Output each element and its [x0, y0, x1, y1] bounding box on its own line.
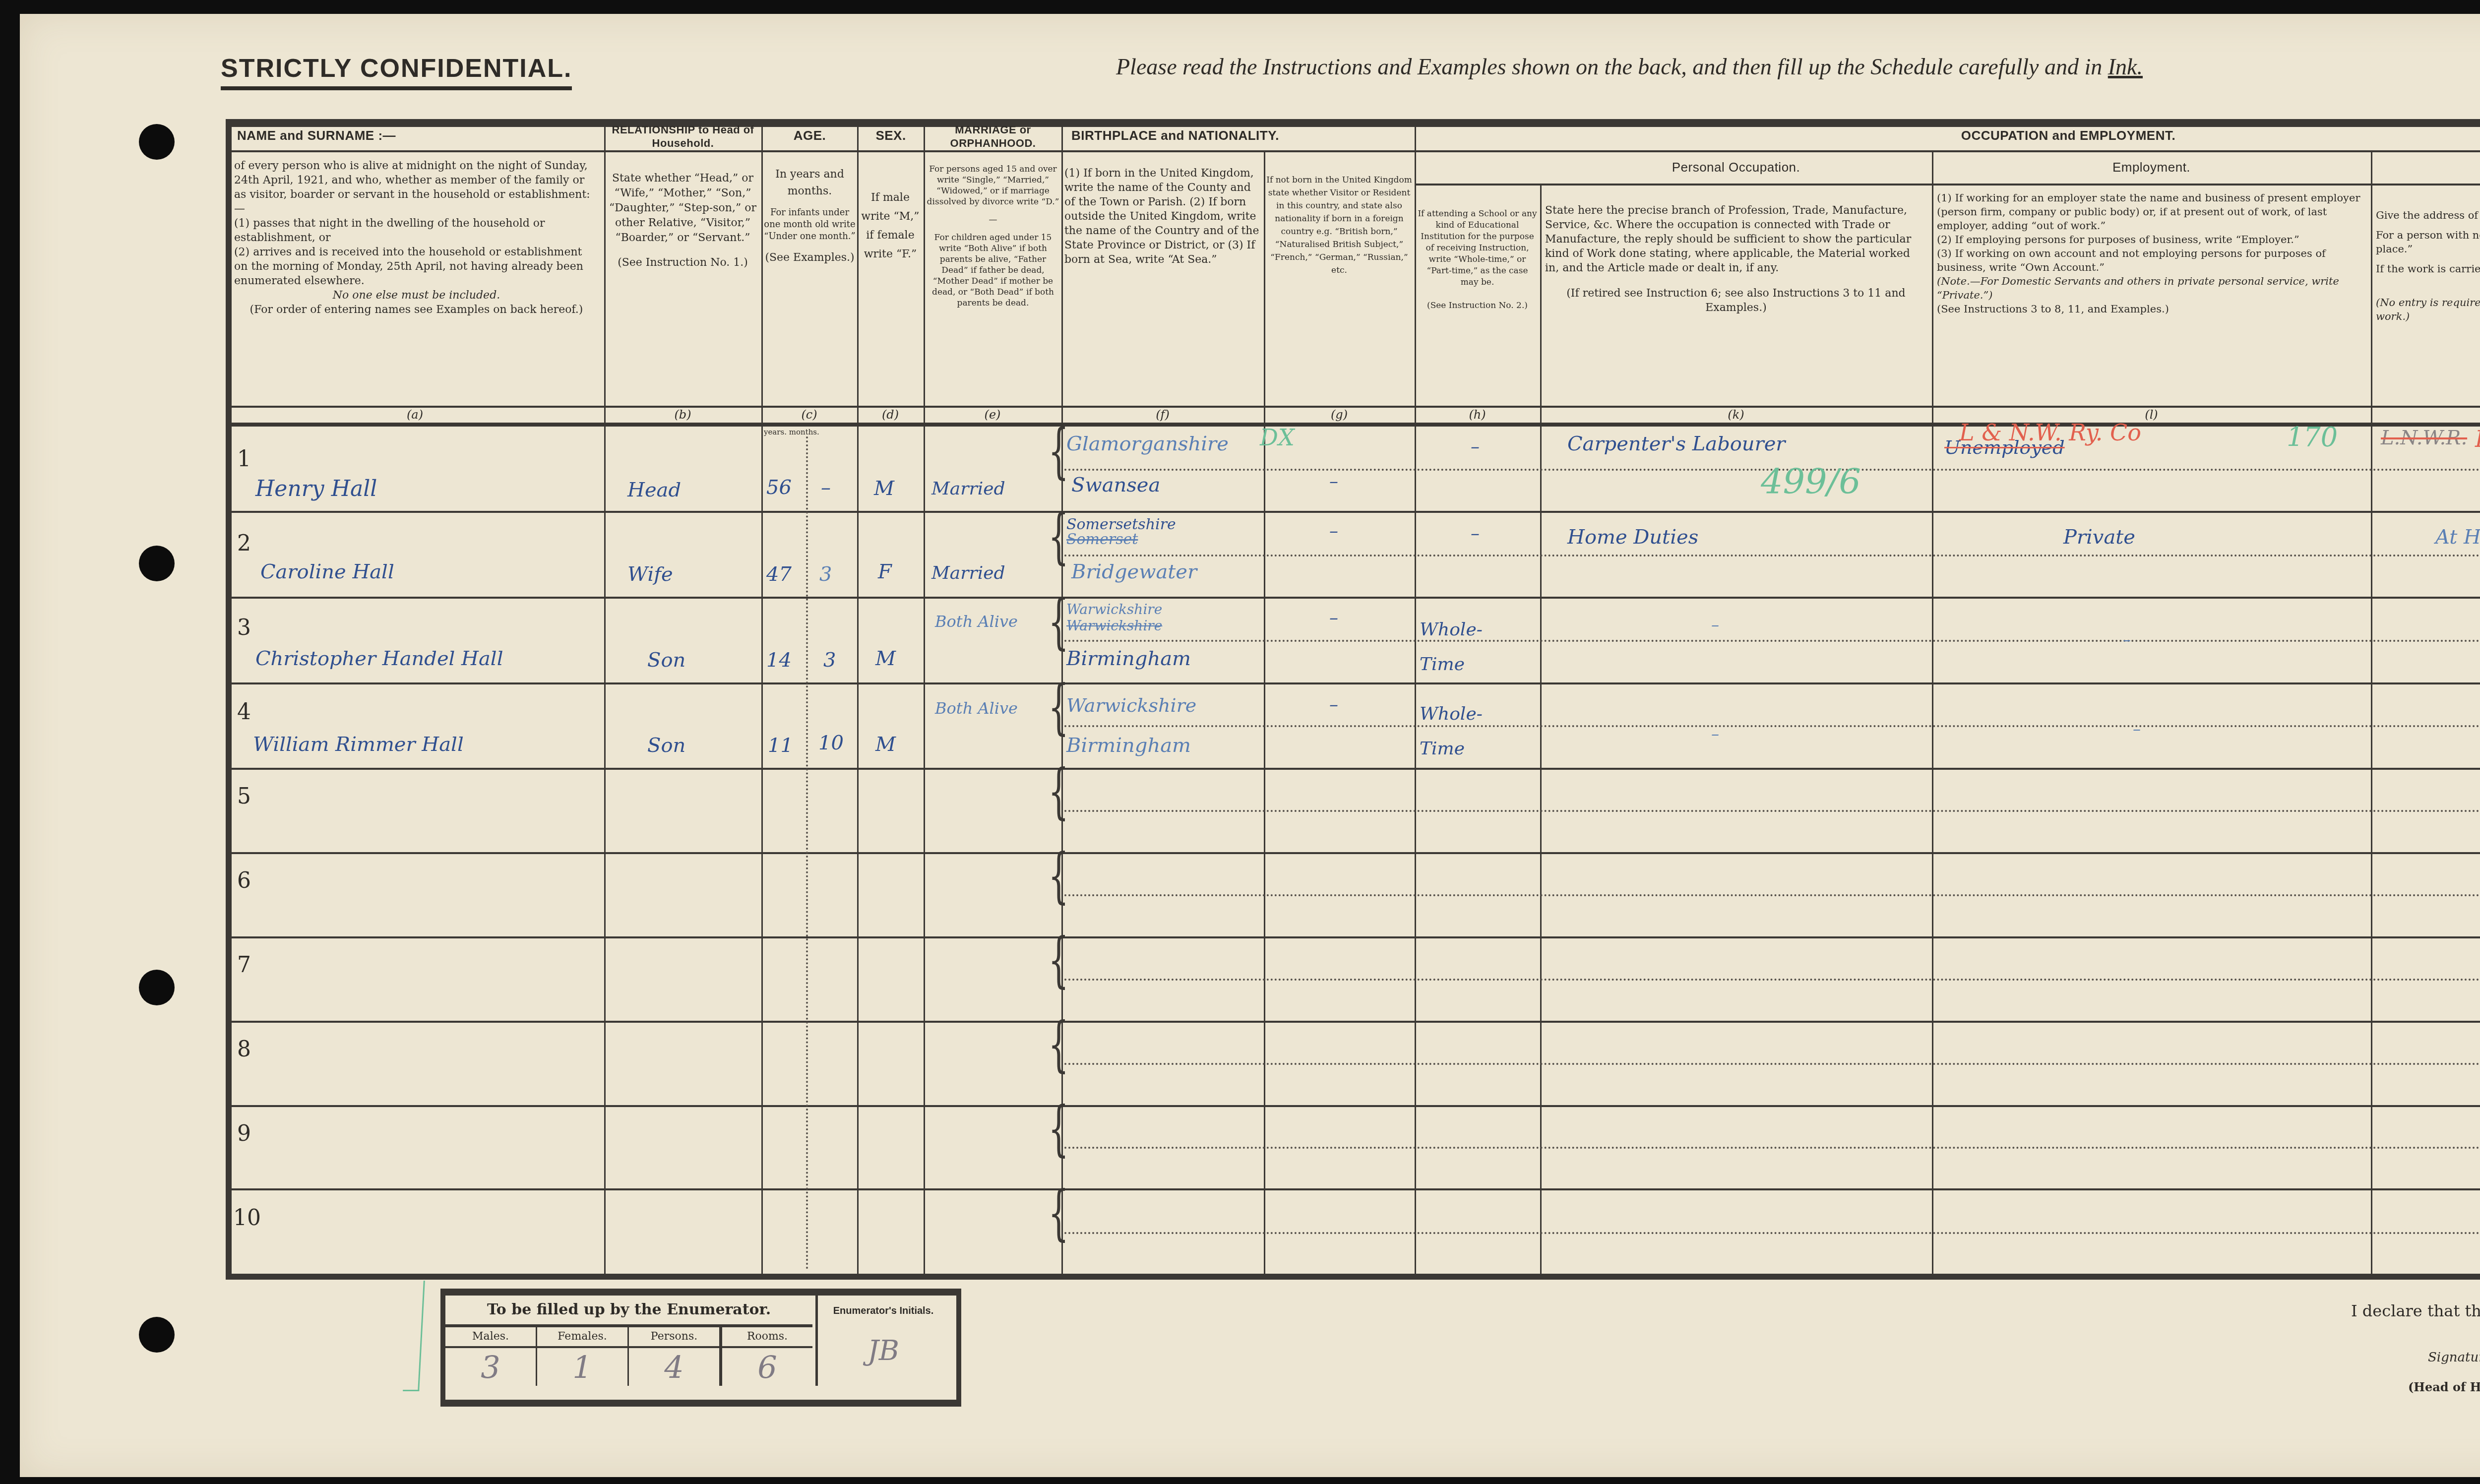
row3-nationality: –	[1329, 608, 1338, 628]
row2-workplace: At Home	[2435, 526, 2480, 549]
row3-education: Whole-Time	[1420, 613, 1519, 682]
row3-occupation: –	[1711, 615, 1719, 634]
row4-employment: –	[2133, 719, 2141, 738]
col-b-see: (See Instruction No. 1.)	[607, 255, 758, 270]
row2-age-years: 47	[766, 563, 792, 586]
row-rule	[232, 682, 2480, 684]
row1-birth-county: Glamorganshire	[1066, 433, 1229, 455]
row4-birth-town: Birmingham	[1066, 734, 1191, 757]
row1-workplace: Bletchley.	[2475, 426, 2480, 452]
col-letter-e: (e)	[924, 408, 1061, 422]
col-m-title: Place of Work.	[2373, 160, 2480, 175]
brace-icon: {	[1048, 757, 1069, 826]
column-divider	[1540, 184, 1542, 1276]
row-number: 3	[237, 615, 251, 640]
row2-age-months: 3	[819, 563, 832, 586]
col-m-p3: If the work is carried on mainly at home…	[2376, 262, 2480, 276]
col-e-title: MARRIAGE or ORPHANHOOD.	[926, 123, 1060, 150]
half-row-rule	[1064, 640, 2480, 642]
row4-sex: M	[875, 733, 896, 756]
row2-nationality: –	[1329, 521, 1338, 541]
col-letter-g: (g)	[1264, 408, 1415, 422]
brace-icon: {	[1048, 502, 1069, 571]
row1-employment: L & N.W. Ry. Co	[1959, 419, 2141, 446]
row4-nationality: –	[1329, 694, 1338, 715]
row-rule	[232, 936, 2480, 938]
col-a-instructions: of every person who is alive at midnight…	[234, 159, 599, 317]
row3-marriage: Both Alive	[935, 608, 1034, 635]
row1-nationality-annotation: DX	[1260, 424, 1295, 451]
rooms-label: Rooms.	[722, 1327, 812, 1348]
row-rule	[232, 597, 2480, 599]
half-row-rule	[1064, 1063, 2480, 1065]
col-d-body: If male write “M,” if female write “F.”	[859, 188, 922, 264]
half-row-rule	[1064, 810, 2480, 812]
instruction-line: Please read the Instructions and Example…	[1116, 54, 2143, 80]
row3-employment: –	[2123, 630, 2131, 649]
row3-sex: M	[875, 647, 896, 670]
col-l-note: (Note.—For Domestic Servants and others …	[1937, 274, 2366, 302]
age-subheader: years. months.	[764, 428, 819, 436]
column-divider	[924, 124, 925, 1276]
col-f-body: (1) If born in the United Kingdom, write…	[1064, 166, 1262, 267]
males-value: 3	[445, 1348, 536, 1387]
col-a-order: (For order of entering names see Example…	[234, 303, 599, 317]
punch-hole-icon	[139, 124, 175, 160]
col-letter-m: (m)	[2371, 408, 2480, 422]
col-m-p1: Give the address of each person's place …	[2376, 208, 2480, 222]
col-a-note: No one else must be included.	[234, 288, 599, 303]
persons-label: Persons.	[629, 1327, 719, 1348]
col-c-body: In years and months.	[764, 166, 856, 200]
row4-occupation: –	[1711, 724, 1719, 743]
row-number: 8	[237, 1037, 251, 1062]
row1-marriage: Married	[931, 479, 1005, 499]
col-h-instructions: If attending a School or any kind of Edu…	[1417, 208, 1538, 311]
row1-employment-code: 170	[2287, 422, 2338, 453]
punch-hole-icon	[139, 1317, 175, 1353]
row4-age-years: 11	[768, 734, 793, 757]
col-c-infants: For infants under one month old write “U…	[764, 207, 856, 243]
row-number: 1	[237, 446, 251, 472]
row-rule	[232, 1021, 2480, 1023]
row4-name: William Rimmer Hall	[253, 733, 464, 756]
brace-icon: {	[1048, 841, 1069, 910]
col-b-title: RELATIONSHIP to Head of Household.	[606, 123, 760, 150]
row4-education: Whole-Time	[1420, 697, 1519, 766]
rooms-value: 6	[722, 1348, 812, 1387]
enumerator-summary-box: To be filled up by the Enumerator. Males…	[440, 1289, 961, 1407]
col-k-body: State here the precise branch of Profess…	[1545, 203, 1927, 275]
col-a-body: of every person who is alive at midnight…	[234, 159, 599, 216]
summary-cells: Males. 3 Females. 1 Persons. 4 Rooms. 6	[445, 1327, 812, 1386]
row1-education: –	[1471, 436, 1480, 457]
row-number: 6	[237, 868, 251, 893]
col-b-instructions: State whether “Head,” or “Wife,” “Mother…	[607, 171, 758, 270]
row3-birth-county-struck: Warwickshire	[1066, 618, 1162, 634]
initials-label: Enumerator's Initials.	[818, 1305, 949, 1317]
birthplace-group-title: BIRTHPLACE and NATIONALITY.	[1071, 128, 1409, 143]
brace-icon: {	[1048, 673, 1069, 742]
half-row-rule	[1064, 555, 2480, 556]
col-k-instructions: State here the precise branch of Profess…	[1545, 203, 1927, 315]
row-rule	[232, 768, 2480, 770]
punch-hole-icon	[139, 546, 175, 581]
col-k-title: Personal Occupation.	[1543, 160, 1929, 175]
row4-age-months: 10	[818, 732, 844, 754]
row-number: 5	[237, 784, 251, 809]
row-rule	[232, 1188, 2480, 1190]
row1-sex: M	[874, 477, 894, 500]
col-l-title: Employment.	[1934, 160, 2368, 175]
row2-birth-county-struck: Somerset	[1066, 531, 1138, 548]
signature-label: Signature	[2428, 1350, 2480, 1365]
row2-relationship: Wife	[627, 563, 673, 586]
row1-occupation: Carpenter's Labourer	[1567, 433, 1786, 455]
age-split-rule	[806, 436, 808, 1270]
col-c-instructions: In years and months. For infants under o…	[764, 166, 856, 266]
header-rule	[232, 150, 924, 152]
summary-persons: Persons. 4	[629, 1327, 721, 1386]
row3-birth-town: Birmingham	[1066, 647, 1191, 670]
row3-name: Christopher Handel Hall	[255, 647, 503, 670]
row4-relationship: Son	[647, 734, 685, 757]
row1-birth-town: Swansea	[1071, 474, 1160, 496]
col-l-item3: (3) If working on own account and not em…	[1937, 247, 2366, 274]
row2-birth-town: Bridgewater	[1071, 560, 1197, 583]
row-number: 10	[233, 1205, 261, 1231]
col-l-item1: (1) If working for an employer state the…	[1937, 191, 2366, 233]
col-letter-a: (a)	[226, 408, 604, 422]
summary-males: Males. 3	[445, 1327, 537, 1386]
half-row-rule	[1064, 725, 2480, 727]
col-m-instructions: Give the address of each person's place …	[2376, 208, 2480, 323]
row2-marriage: Married	[931, 563, 1005, 583]
females-label: Females.	[537, 1327, 627, 1348]
row1-nationality: –	[1329, 471, 1338, 492]
col-l-item2: (2) If employing persons for purposes of…	[1937, 233, 2366, 247]
row2-employment: Private	[2063, 526, 2135, 549]
col-m-note: (No entry is required for any person who…	[2376, 296, 2480, 323]
brace-icon: {	[1048, 1010, 1069, 1079]
col-d-title: SEX.	[859, 128, 923, 143]
brace-icon: {	[1048, 417, 1069, 486]
col-c-see: (See Examples.)	[764, 249, 856, 266]
col-l-instructions: (1) If working for an employer state the…	[1937, 191, 2366, 316]
row-rule	[232, 852, 2480, 854]
row2-name: Caroline Hall	[260, 560, 394, 583]
row-number: 9	[237, 1121, 251, 1146]
row2-sex: F	[878, 560, 892, 583]
row3-birth-county: Warwickshire	[1066, 601, 1162, 618]
col-letter-b: (b)	[604, 408, 761, 422]
instruction-ink: Ink.	[2108, 54, 2143, 79]
row4-marriage: Both Alive	[935, 694, 1034, 722]
punch-hole-icon	[139, 970, 175, 1005]
half-row-rule	[1064, 1147, 2480, 1149]
age-months-label: months.	[789, 428, 819, 436]
persons-value: 4	[629, 1348, 719, 1387]
row1-workplace-struck: L.N.W.R.	[2381, 427, 2467, 449]
row-number: 7	[237, 952, 251, 978]
row2-occupation: Home Duties	[1567, 526, 1698, 549]
summary-females: Females. 1	[537, 1327, 629, 1386]
col-h-body: If attending a School or any kind of Edu…	[1417, 208, 1538, 288]
row-rule	[232, 1105, 2480, 1107]
col-letter-f: (f)	[1061, 408, 1264, 422]
row4-birth-county: Warwickshire	[1066, 694, 1196, 716]
col-g-body: If not born in the United Kingdom state …	[1266, 174, 1413, 277]
brace-icon: {	[1048, 926, 1069, 994]
col-e-children: For children aged under 15 write “Both A…	[926, 232, 1060, 309]
females-value: 1	[537, 1348, 627, 1387]
col-m-p2: For a person with no regular place of wo…	[2376, 228, 2480, 256]
brace-icon: {	[1048, 1094, 1069, 1163]
row3-age-years: 14	[766, 649, 792, 672]
col-k-see: (If retired see Instruction 6; see also …	[1545, 286, 1927, 315]
half-row-rule	[1064, 979, 2480, 981]
col-h-see: (See Instruction No. 2.)	[1417, 300, 1538, 311]
row-rule	[232, 511, 2480, 513]
header-rule	[1415, 184, 2480, 185]
instruction-text: Please read the Instructions and Example…	[1116, 54, 2102, 79]
brace-icon: {	[1048, 1178, 1069, 1247]
row-number: 4	[237, 699, 251, 725]
row1-age-years: 56	[766, 476, 792, 499]
half-row-rule	[1064, 1232, 2480, 1234]
col-e-body: For persons aged 15 and over write “Sing…	[926, 164, 1060, 207]
initials-value: JB	[818, 1335, 949, 1367]
header-rule	[232, 423, 2480, 427]
col-letter-d: (d)	[857, 408, 924, 422]
summary-rooms: Rooms. 6	[721, 1327, 812, 1386]
col-letter-c: (c)	[761, 408, 857, 422]
column-divider	[1415, 124, 1416, 1276]
half-row-rule	[1064, 894, 2480, 896]
row3-age-months: 3	[823, 649, 836, 672]
column-divider	[604, 124, 606, 1276]
col-e-instructions: For persons aged 15 and over write “Sing…	[926, 164, 1060, 309]
row1-name: Henry Hall	[255, 476, 377, 501]
declaration-text: I declare that this Schedule is correctl…	[2351, 1301, 2480, 1320]
col-letter-h: (h)	[1415, 408, 1540, 422]
row1-occupation-code: 499/6	[1761, 461, 1861, 502]
row-number: 2	[237, 531, 251, 556]
col-a-item2: (2) arrives and is received into the hou…	[234, 245, 599, 288]
column-divider	[857, 124, 859, 1276]
age-years-label: years.	[764, 428, 787, 436]
confidential-heading: STRICTLY CONFIDENTIAL.	[221, 54, 572, 83]
col-l-see: (See Instructions 3 to 8, 11, and Exampl…	[1937, 302, 2366, 316]
enumerator-initials: Enumerator's Initials. JB	[815, 1296, 949, 1386]
column-divider	[761, 124, 763, 1276]
males-label: Males.	[445, 1327, 536, 1348]
col-c-title: AGE.	[764, 128, 856, 143]
row1-age-months: –	[821, 476, 831, 499]
col-b-body: State whether “Head,” or “Wife,” “Mother…	[607, 171, 758, 246]
row1-relationship: Head	[627, 479, 681, 501]
col-a-title: NAME and SURNAME :—	[237, 128, 396, 143]
col-letter-k: (k)	[1540, 408, 1932, 422]
signature-note: (Head of Household, Manager of Establish…	[2408, 1380, 2480, 1394]
row3-relationship: Son	[647, 649, 685, 672]
summary-title: To be filled up by the Enumerator.	[445, 1296, 812, 1327]
occupation-group-title: OCCUPATION and EMPLOYMENT.	[1419, 128, 2480, 143]
col-a-item1: (1) passes that night in the dwelling of…	[234, 216, 599, 245]
brace-icon: {	[1048, 587, 1069, 656]
header-rule	[924, 150, 2480, 152]
row2-education: –	[1471, 523, 1480, 544]
